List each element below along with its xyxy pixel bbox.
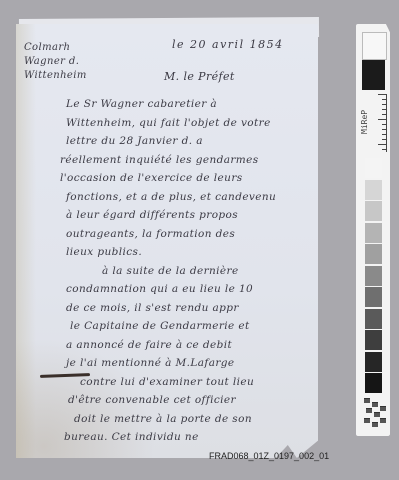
body-line: bureau. Cet individu ne xyxy=(64,431,199,443)
archive-caption: FRAD068_01Z_0197_002_01 xyxy=(209,451,329,461)
ruler-tick xyxy=(382,149,386,150)
gray-patch xyxy=(365,309,382,329)
body-line: lettre du 28 Janvier d. a xyxy=(66,135,203,147)
logo-marks xyxy=(362,396,388,432)
body-line: le Capitaine de Gendarmerie et xyxy=(70,320,250,332)
calibration-strip: MiReP xyxy=(356,24,390,436)
gray-patch xyxy=(365,373,382,393)
body-line: contre lui d'examiner tout lieu xyxy=(80,376,254,388)
black-patch xyxy=(362,60,385,90)
salutation: M. le Préfet xyxy=(164,70,235,83)
margin-note-line: Colmarh xyxy=(24,42,70,53)
ruler-tick xyxy=(382,124,386,125)
brand-label: MiReP xyxy=(360,94,370,150)
gray-patch xyxy=(365,158,382,178)
body-line: je l'ai mentionné à M.Lafarge xyxy=(66,357,235,369)
body-line: l'occasion de l'exercice de leurs xyxy=(60,172,243,184)
gray-patch xyxy=(365,244,382,264)
gray-patch xyxy=(365,330,382,350)
gray-patch xyxy=(365,180,382,200)
ruler-tick xyxy=(382,109,386,110)
body-line: lieux publics. xyxy=(66,246,142,258)
body-line: d'être convenable cet officier xyxy=(68,394,236,406)
ruler-tick xyxy=(382,99,386,100)
ruler-tick xyxy=(382,104,386,105)
ruler-tick xyxy=(378,119,386,120)
body-line: à la suite de la dernière xyxy=(102,265,239,277)
ruler-tick xyxy=(378,144,386,145)
letter-date: le 20 avril 1854 xyxy=(172,38,284,51)
body-line: de ce mois, il s'est rendu appr xyxy=(66,302,239,314)
body-line: condamnation qui a eu lieu le 10 xyxy=(66,283,253,295)
gray-patch xyxy=(365,352,382,372)
body-line: fonctions, et a de plus, et candevenu xyxy=(66,191,276,203)
scale-ruler xyxy=(374,94,387,152)
body-line: a annoncé de faire à ce debit xyxy=(66,339,232,351)
ruler-tick xyxy=(382,114,386,115)
body-line: Wittenheim, qui fait l'objet de votre xyxy=(66,117,271,129)
ruler-tick xyxy=(382,129,386,130)
margin-note-line: Wagner d. xyxy=(24,56,79,67)
gray-patch xyxy=(365,287,382,307)
white-patch xyxy=(362,32,387,60)
body-line: outrageants, la formation des xyxy=(66,228,235,240)
gray-patch xyxy=(365,201,382,221)
ruler-tick xyxy=(378,94,386,95)
ruler-tick xyxy=(382,139,386,140)
body-line: réellement inquiété les gendarmes xyxy=(60,154,259,166)
manuscript-page xyxy=(16,24,318,458)
margin-note-line: Wittenheim xyxy=(24,70,87,81)
gray-patch xyxy=(365,223,382,243)
ruler-tick xyxy=(382,134,386,135)
body-line: doit le mettre à la porte de son xyxy=(74,413,252,425)
body-line: Le Sr Wagner cabaretier à xyxy=(66,98,217,110)
gray-patch xyxy=(365,266,382,286)
body-line: à leur égard différents propos xyxy=(66,209,238,221)
